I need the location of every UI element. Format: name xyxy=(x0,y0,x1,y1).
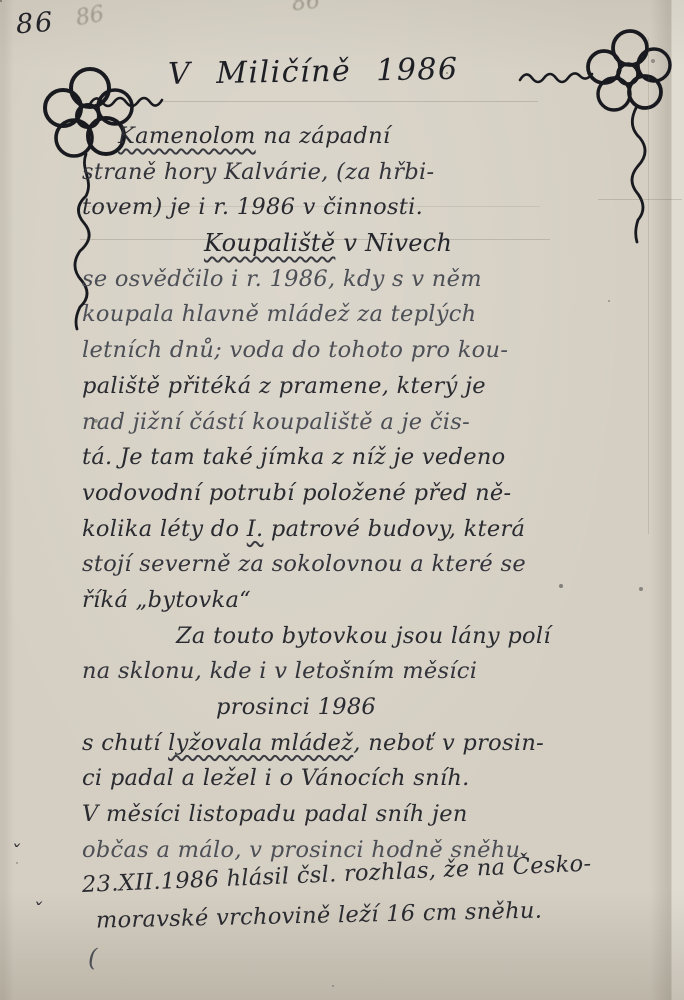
manuscript-line: nad jižní částí koupaliště a je čis- xyxy=(82,405,662,441)
pencil-guideline xyxy=(162,101,538,102)
manuscript-line: letních dnů; voda do tohoto pro kou- xyxy=(82,333,662,369)
wavy-line-icon xyxy=(518,66,596,88)
manuscript-line: Kamenolom na západní xyxy=(82,119,662,155)
manuscript-line: tá. Je tam také jímka z níž je vedeno xyxy=(82,440,662,476)
manuscript-line: na sklonu, kde i v letošním měsíci xyxy=(82,654,662,690)
manuscript-line: koupala hlavně mládež za teplých xyxy=(82,297,662,333)
manuscript-line: kolika léty do I. patrové budovy, která xyxy=(82,512,662,548)
manuscript-line: V měsíci listopadu padal sníh jen xyxy=(82,797,662,833)
page-number: 86 xyxy=(15,7,55,41)
wavy-line-icon xyxy=(88,90,170,112)
ghost-page-number: 86 xyxy=(74,2,106,31)
manuscript-line: paliště přitéká z pramene, který je xyxy=(82,369,662,405)
manuscript-line: Za touto bytovkou jsou lány polí xyxy=(82,619,662,655)
manuscript-line: s chutí lyžovala mládež, neboť v prosin- xyxy=(82,726,662,762)
paper-specks xyxy=(0,0,2,2)
underlined-phrase: I. xyxy=(247,516,264,542)
underlined-phrase: Kamenolom xyxy=(118,123,256,149)
manuscript-line: říká „bytovka“ xyxy=(82,583,662,619)
manuscript-lines: Kamenolom na západnístraně hory Kalvárie… xyxy=(82,119,662,940)
margin-check-mark: ˇ xyxy=(10,840,20,864)
page-title: V Miličíně 1986 xyxy=(168,51,499,92)
chronicle-page: 86 86 86 V Miličíně 1986 Kamenolom na zá… xyxy=(0,0,684,1000)
underlined-phrase: Koupaliště xyxy=(204,229,335,257)
manuscript-line: stojí severně za sokolovnou a které se xyxy=(82,547,662,583)
manuscript-line: vodovodní potrubí položené před ně- xyxy=(82,476,662,512)
manuscript-line: ci padal a ležel i o Vánocích sníh. xyxy=(82,761,662,797)
underlined-phrase: lyžovala mládež xyxy=(168,730,353,756)
manuscript-line: prosinci 1986 xyxy=(82,690,662,726)
parenthesis-mark: ( xyxy=(88,944,97,972)
manuscript-line: tovem) je i r. 1986 v činnosti. xyxy=(82,190,662,226)
margin-check-mark: ˇ xyxy=(32,898,42,922)
manuscript-line: se osvědčilo i r. 1986, kdy s v něm xyxy=(82,262,662,298)
ghost-page-number: 86 xyxy=(291,0,321,16)
manuscript-line: Koupaliště v Nivech xyxy=(82,226,662,262)
manuscript-line: straně hory Kalvárie, (za hřbi- xyxy=(82,155,662,191)
